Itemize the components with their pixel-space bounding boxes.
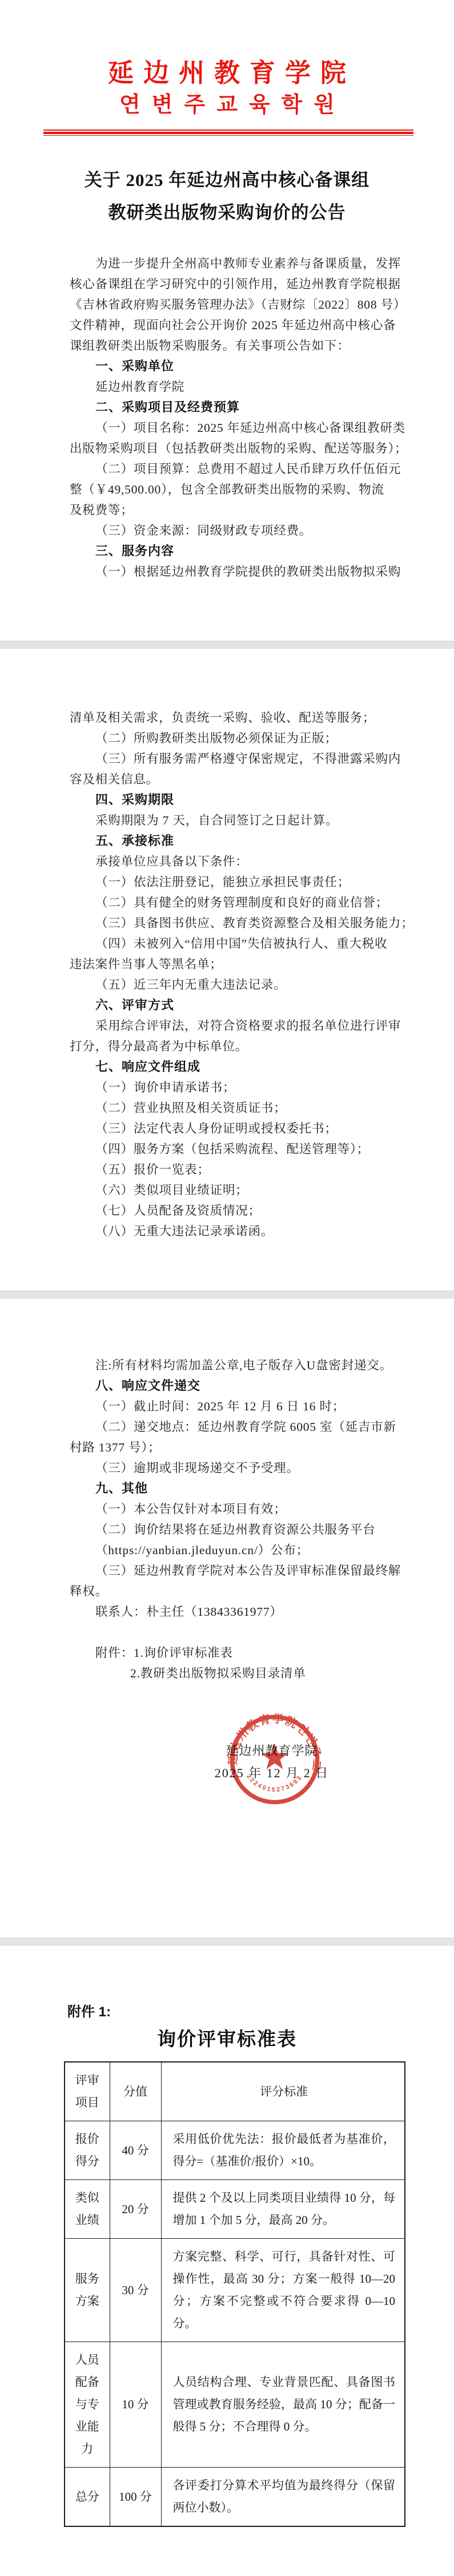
doc-line: 出版物采购项目（包括教研类出版物的采购、配送等服务）；	[70, 438, 412, 459]
section-heading: 九、其他	[70, 1478, 412, 1499]
signature-date: 2025 年 12 月 2 日	[198, 1765, 346, 1781]
cell-item: 人员 配备 与专 业能 力	[65, 2342, 110, 2468]
cell-score: 30 分	[110, 2239, 161, 2342]
cell-crit: 各评委打分算术平均值为最终得分（保留两位小数）。	[161, 2468, 405, 2527]
doc-line: 核心备课组在学习研究中的引领作用，延边州教育学院根据	[70, 274, 412, 294]
doc-line: （二）项目预算：总费用不超过人民币肆万玖仟伍佰元	[70, 459, 412, 479]
cell-score: 10 分	[110, 2342, 161, 2468]
cell-score: 40 分	[110, 2121, 161, 2180]
doc-line: （二）递交地点：延边州教育学院 6005 室（延吉市新	[70, 1417, 412, 1437]
cell-item: 总分	[65, 2468, 110, 2527]
section-heading: 八、响应文件递交	[70, 1376, 412, 1396]
cell-score: 20 分	[110, 2180, 161, 2239]
document-page: { "colors": { "accent_red": "#e8170e", "…	[0, 0, 454, 2576]
doc-line: （八）无重大违法记录承诺函。	[70, 1221, 412, 1242]
doc-line: （三）具备图书供应、教育类资源整合及相关服务能力；	[70, 913, 412, 933]
page-1: 延边州教育学院 연변주교육학원 关于 2025 年延边州高中核心备课组 教研类出…	[0, 0, 454, 641]
criteria-header-1: 分值	[110, 2062, 161, 2121]
criteria-table: 评审 项目分值评分标准 报价 得分40 分采用低价优先法：报价最低者为基准价，得…	[64, 2061, 405, 2527]
section-heading: 三、服务内容	[70, 541, 412, 561]
page-2: 清单及相关需求，负责统一采购、验收、配送等服务；（二）所购教研类出版物必须保证为…	[0, 649, 454, 1291]
doc-line: （一）询价申请承诺书；	[70, 1077, 412, 1098]
criteria-row: 报价 得分40 分采用低价优先法：报价最低者为基准价，得分=（基准价/报价）×1…	[65, 2121, 405, 2180]
page-3: 注:所有材料均需加盖公章,电子版存入U盘密封递交。八、响应文件递交（一）截止时间…	[0, 1299, 454, 1938]
masthead-divider	[43, 130, 413, 136]
page2-content: 清单及相关需求，负责统一采购、验收、配送等服务；（二）所购教研类出版物必须保证为…	[70, 707, 412, 1242]
masthead-title-cn: 延边州教育学院	[0, 58, 454, 88]
doc-line: （二）具有健全的财务管理制度和良好的商业信誉；	[70, 892, 412, 913]
doc-line: 课组教研类出版物采购服务。有关事项公告如下：	[70, 335, 412, 356]
doc-line: 采用综合评审法，对符合资格要求的报名单位进行评审	[70, 1016, 412, 1036]
cell-crit: 采用低价优先法：报价最低者为基准价，得分=（基准价/报价）×10。	[161, 2121, 405, 2180]
doc-line: （七）人员配备及资质情况；	[70, 1200, 412, 1221]
doc-line: 附件：1.询价评审标准表	[70, 1643, 412, 1663]
cell-score: 100 分	[110, 2468, 161, 2527]
masthead-title-kr: 연변주교육학원	[0, 90, 454, 120]
page-separator-3	[0, 1938, 454, 1946]
seal-ring	[232, 1717, 317, 1802]
doc-line: （https://yanbian.jleduyun.cn/）公布；	[70, 1540, 412, 1560]
doc-line: （二）询价结果将在延边州教育资源公共服务平台	[70, 1519, 412, 1540]
doc-line: 释权。	[70, 1581, 412, 1602]
doc-line: 清单及相关需求，负责统一采购、验收、配送等服务；	[70, 707, 412, 728]
criteria-row: 总分100 分各评委打分算术平均值为最终得分（保留两位小数）。	[65, 2468, 405, 2527]
cell-crit: 人员结构合理、专业背景匹配、具备图书管理或教育服务经验，最高 10 分；配备一般…	[161, 2342, 405, 2468]
cell-crit: 提供 2 个及以上同类项目业绩得 10 分，每增加 1 个加 5 分，最高 20…	[161, 2180, 405, 2239]
criteria-header-2: 评分标准	[161, 2062, 405, 2121]
doc-line: （五）近三年内无重大违法记录。	[70, 974, 412, 995]
official-seal: 延边州教育学院연변주교육학원 2224015273693	[227, 1712, 322, 1807]
svg-text:延边州教育学院연변주교육학원: 延边州教育学院연변주교육학원	[227, 1712, 322, 1772]
criteria-row: 人员 配备 与专 业能 力10 分人员结构合理、专业背景匹配、具备图书管理或教育…	[65, 2342, 405, 2468]
doc-line: （二）所购教研类出版物必须保证为正版；	[70, 728, 412, 749]
page1-content: 为进一步提升全州高中教师专业素养与备课质量，发挥核心备课组在学习研究中的引领作用…	[70, 253, 412, 582]
page-4: 附件 1: 询价评审标准表 评审 项目分值评分标准 报价 得分40 分采用低价优…	[0, 1946, 454, 2576]
seal-ring-text: 延边州教育学院연변주교육학원	[227, 1712, 322, 1772]
notice-title-line2: 教研类出版物采购询价的公告	[0, 200, 454, 225]
doc-line: 《吉林省政府购买服务管理办法》（吉财综〔2022〕808 号）	[70, 294, 412, 315]
section-heading: 六、评审方式	[70, 995, 412, 1016]
doc-line: 整（￥49,500.00），包含全部教研类出版物的采购、物流	[70, 479, 412, 500]
notice-title-line1: 关于 2025 年延边州高中核心备课组	[0, 168, 454, 193]
doc-line: （四）未被列入“信用中国”失信被执行人、重大税收	[70, 933, 412, 954]
doc-line: 及税费等；	[70, 500, 412, 520]
doc-line: 打分，得分最高者为中标单位。	[70, 1036, 412, 1057]
doc-line: （一）截止时间：2025 年 12 月 6 日 16 时；	[70, 1396, 412, 1417]
doc-line: （五）报价一览表；	[70, 1159, 412, 1180]
doc-line: 注:所有材料均需加盖公章,电子版存入U盘密封递交。	[70, 1355, 412, 1376]
doc-line: （六）类似项目业绩证明；	[70, 1180, 412, 1200]
doc-line: （三）逾期或非现场递交不予受理。	[70, 1458, 412, 1478]
doc-line: （三）延边州教育学院对本公告及评审标准保留最终解	[70, 1560, 412, 1581]
criteria-header-0: 评审 项目	[65, 2062, 110, 2121]
doc-line: 文件精神，现面向社会公开询价 2025 年延边州高中核心备	[70, 315, 412, 335]
doc-line: 为进一步提升全州高中教师专业素养与备课质量，发挥	[70, 253, 412, 274]
doc-line: （一）依法注册登记，能独立承担民事责任；	[70, 872, 412, 892]
doc-line: 村路 1377 号）；	[70, 1437, 412, 1458]
doc-line: （一）项目名称：2025 年延边州高中核心备课组教研类	[70, 418, 412, 438]
section-heading: 一、采购单位	[70, 356, 412, 377]
doc-line: 2.教研类出版物拟采购目录清单	[70, 1663, 412, 1684]
doc-line: 采购期限为 7 天，自合同签订之日起计算。	[70, 810, 412, 831]
cell-crit: 方案完整、科学、可行，具备针对性、可操作性，最高 30 分；方案一般得 10—2…	[161, 2239, 405, 2342]
criteria-table-title: 询价评审标准表	[0, 2024, 454, 2051]
doc-line: （三）法定代表人身份证明或授权委托书；	[70, 1118, 412, 1139]
cell-item: 报价 得分	[65, 2121, 110, 2180]
doc-line: 承接单位应具备以下条件：	[70, 851, 412, 872]
doc-line	[70, 1622, 412, 1643]
signature-org: 延边州教育学院	[198, 1743, 346, 1759]
doc-line: （二）营业执照及相关资质证书；	[70, 1098, 412, 1118]
section-heading: 二、采购项目及经费预算	[70, 397, 412, 418]
doc-line: 联系人：朴主任（13843361977）	[70, 1602, 412, 1622]
page3-content: 注:所有材料均需加盖公章,电子版存入U盘密封递交。八、响应文件递交（一）截止时间…	[70, 1355, 412, 1684]
cell-item: 类似 业绩	[65, 2180, 110, 2239]
doc-line: （一）本公告仅针对本项目有效；	[70, 1499, 412, 1519]
criteria-row: 类似 业绩20 分提供 2 个及以上同类项目业绩得 10 分，每增加 1 个加 …	[65, 2180, 405, 2239]
doc-line: 容及相关信息。	[70, 769, 412, 790]
doc-line: 延边州教育学院	[70, 377, 412, 397]
page-separator-1	[0, 641, 454, 649]
doc-line: （三）所有服务需严格遵守保密规定，不得泄露采购内	[70, 749, 412, 769]
section-heading: 四、采购期限	[70, 790, 412, 810]
criteria-table-header-row: 评审 项目分值评分标准	[65, 2062, 405, 2121]
attachment-label: 附件 1:	[67, 2000, 111, 2020]
section-heading: 五、承接标准	[70, 831, 412, 851]
doc-line: 违法案件当事人等黑名单；	[70, 954, 412, 974]
page-separator-2	[0, 1291, 454, 1299]
cell-item: 服务 方案	[65, 2239, 110, 2342]
doc-line: （三）资金来源：同级财政专项经费。	[70, 520, 412, 541]
doc-line: （四）服务方案（包括采购流程、配送管理等）；	[70, 1139, 412, 1159]
criteria-row: 服务 方案30 分方案完整、科学、可行，具备针对性、可操作性，最高 30 分；方…	[65, 2239, 405, 2342]
section-heading: 七、响应文件组成	[70, 1057, 412, 1077]
doc-line: （一）根据延边州教育学院提供的教研类出版物拟采购	[70, 561, 412, 582]
